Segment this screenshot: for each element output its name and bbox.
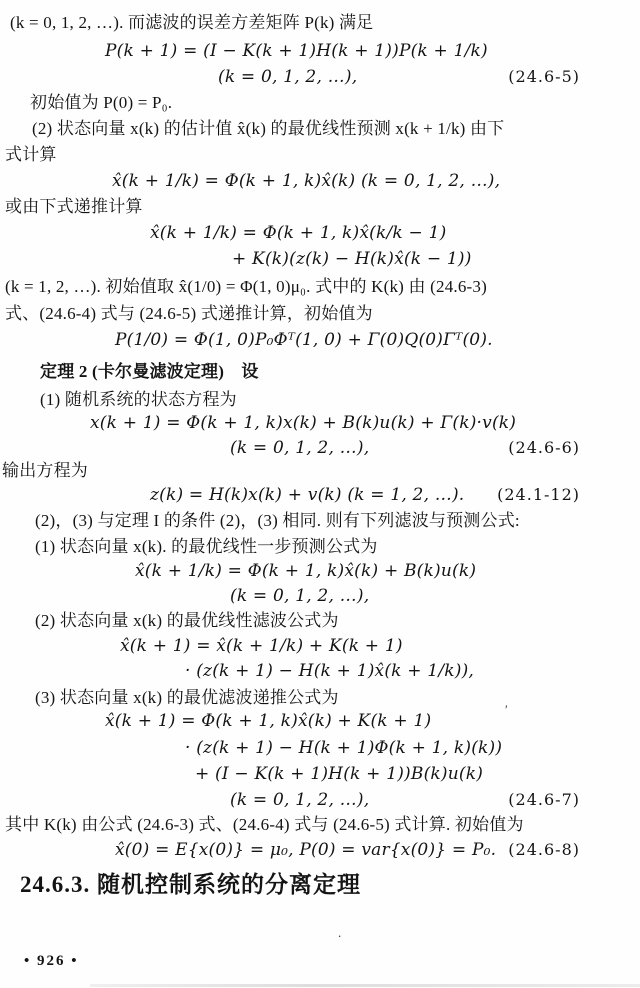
formula-line: · (z(k + 1) − H(k + 1)x̂(k + 1/k)), <box>0 660 640 682</box>
formula-line: x̂(0) = E{x(0)} = μ₀, P(0) = var{x(0)} =… <box>0 839 640 861</box>
body-line: (2)，(3) 与定理 I 的条件 (2)，(3) 相同. 则有下列滤波与预测公… <box>0 510 640 532</box>
formula-line: x̂(k + 1) = x̂(k + 1/k) + K(k + 1) <box>0 635 640 657</box>
formula-line: x̂(k + 1/k) = Φ(k + 1, k)x̂(k) (k = 0, 1… <box>0 170 640 192</box>
equation-number: (24.6-5) <box>508 66 580 88</box>
page-number: • 926 • <box>24 953 79 970</box>
formula-line: · (z(k + 1) − H(k + 1)Φ(k + 1, k)(k)) <box>0 737 640 759</box>
formula-line: P(k + 1) = (I − K(k + 1)H(k + 1))P(k + 1… <box>0 40 640 62</box>
body-line: (1) 状态向量 x(k). 的最优线性一步预测公式为 <box>0 536 640 558</box>
equation-number: (24.6-8) <box>508 839 580 861</box>
formula-line: z(k) = H(k)x(k) + v(k) (k = 1, 2, …).(24… <box>0 484 640 506</box>
body-line: 式、(24.6-4) 式与 (24.6-5) 式递推计算，初始值为 <box>0 303 640 325</box>
formula-line: x̂(k + 1) = Φ(k + 1, k)x̂(k) + K(k + 1) <box>0 710 640 732</box>
formula-line: x̂(k + 1/k) = Φ(k + 1, k)x̂(k/k − 1) <box>0 222 640 244</box>
theorem-heading: 定理 2 (卡尔曼滤波定理) 设 <box>0 361 640 383</box>
body-line: (3) 状态向量 x(k) 的最优滤波递推公式为 <box>0 687 640 709</box>
scan-edge-shadow <box>90 984 640 987</box>
equation-number: (24.6-6) <box>508 437 580 459</box>
body-line: (k = 0, 1, 2, …). 而滤波的误差方差矩阵 P(k) 满足 <box>0 12 640 34</box>
body-line: 其中 K(k) 由公式 (24.6-3) 式、(24.6-4) 式与 (24.6… <box>0 814 640 836</box>
body-line: 输出方程为 <box>0 460 640 482</box>
formula-line: P(1/0) = Φ(1, 0)P₀Φᵀ(1, 0) + Γ(0)Q(0)Γᵀ(… <box>0 329 640 351</box>
formula-line: (k = 0, 1, 2, …),(24.6-6) <box>0 437 640 459</box>
equation-number: (24.6-7) <box>508 789 580 811</box>
body-line: (k = 1, 2, …). 初始值取 x̂(1/0) = Φ(1, 0)μ₀.… <box>0 276 640 298</box>
scan-artifact: ′ <box>505 702 508 718</box>
formula-line: (k = 0, 1, 2, …),(24.6-7) <box>0 789 640 811</box>
equation-number: (24.1-12) <box>497 484 580 506</box>
scan-artifact: . <box>338 925 341 941</box>
body-line: (2) 状态向量 x(k) 的最优线性滤波公式为 <box>0 610 640 632</box>
body-line: (2) 状态向量 x(k) 的估计值 x̂(k) 的最优线性预测 x(k + 1… <box>0 118 640 140</box>
formula-line: + (I − K(k + 1)H(k + 1))B(k)u(k) <box>0 763 640 785</box>
formula-line: x̂(k + 1/k) = Φ(k + 1, k)x̂(k) + B(k)u(k… <box>0 560 640 582</box>
section-header: 24.6.3. 随机控制系统的分离定理 <box>20 866 361 899</box>
formula-line: (k = 0, 1, 2, …),(24.6-5) <box>0 66 640 88</box>
body-line: 式计算 <box>0 144 640 166</box>
formula-line: x(k + 1) = Φ(k + 1, k)x(k) + B(k)u(k) + … <box>0 412 640 434</box>
formula-line: + K(k)(z(k) − H(k)x̂(k − 1)) <box>0 248 640 270</box>
formula-line: (k = 0, 1, 2, …), <box>0 585 640 607</box>
body-line: 初始值为 P(0) = P₀. <box>0 92 640 114</box>
body-line: 或由下式递推计算 <box>0 196 640 218</box>
body-line: (1) 随机系统的状态方程为 <box>0 389 640 411</box>
scanned-book-page: (k = 0, 1, 2, …). 而滤波的误差方差矩阵 P(k) 满足 P(k… <box>0 0 640 988</box>
